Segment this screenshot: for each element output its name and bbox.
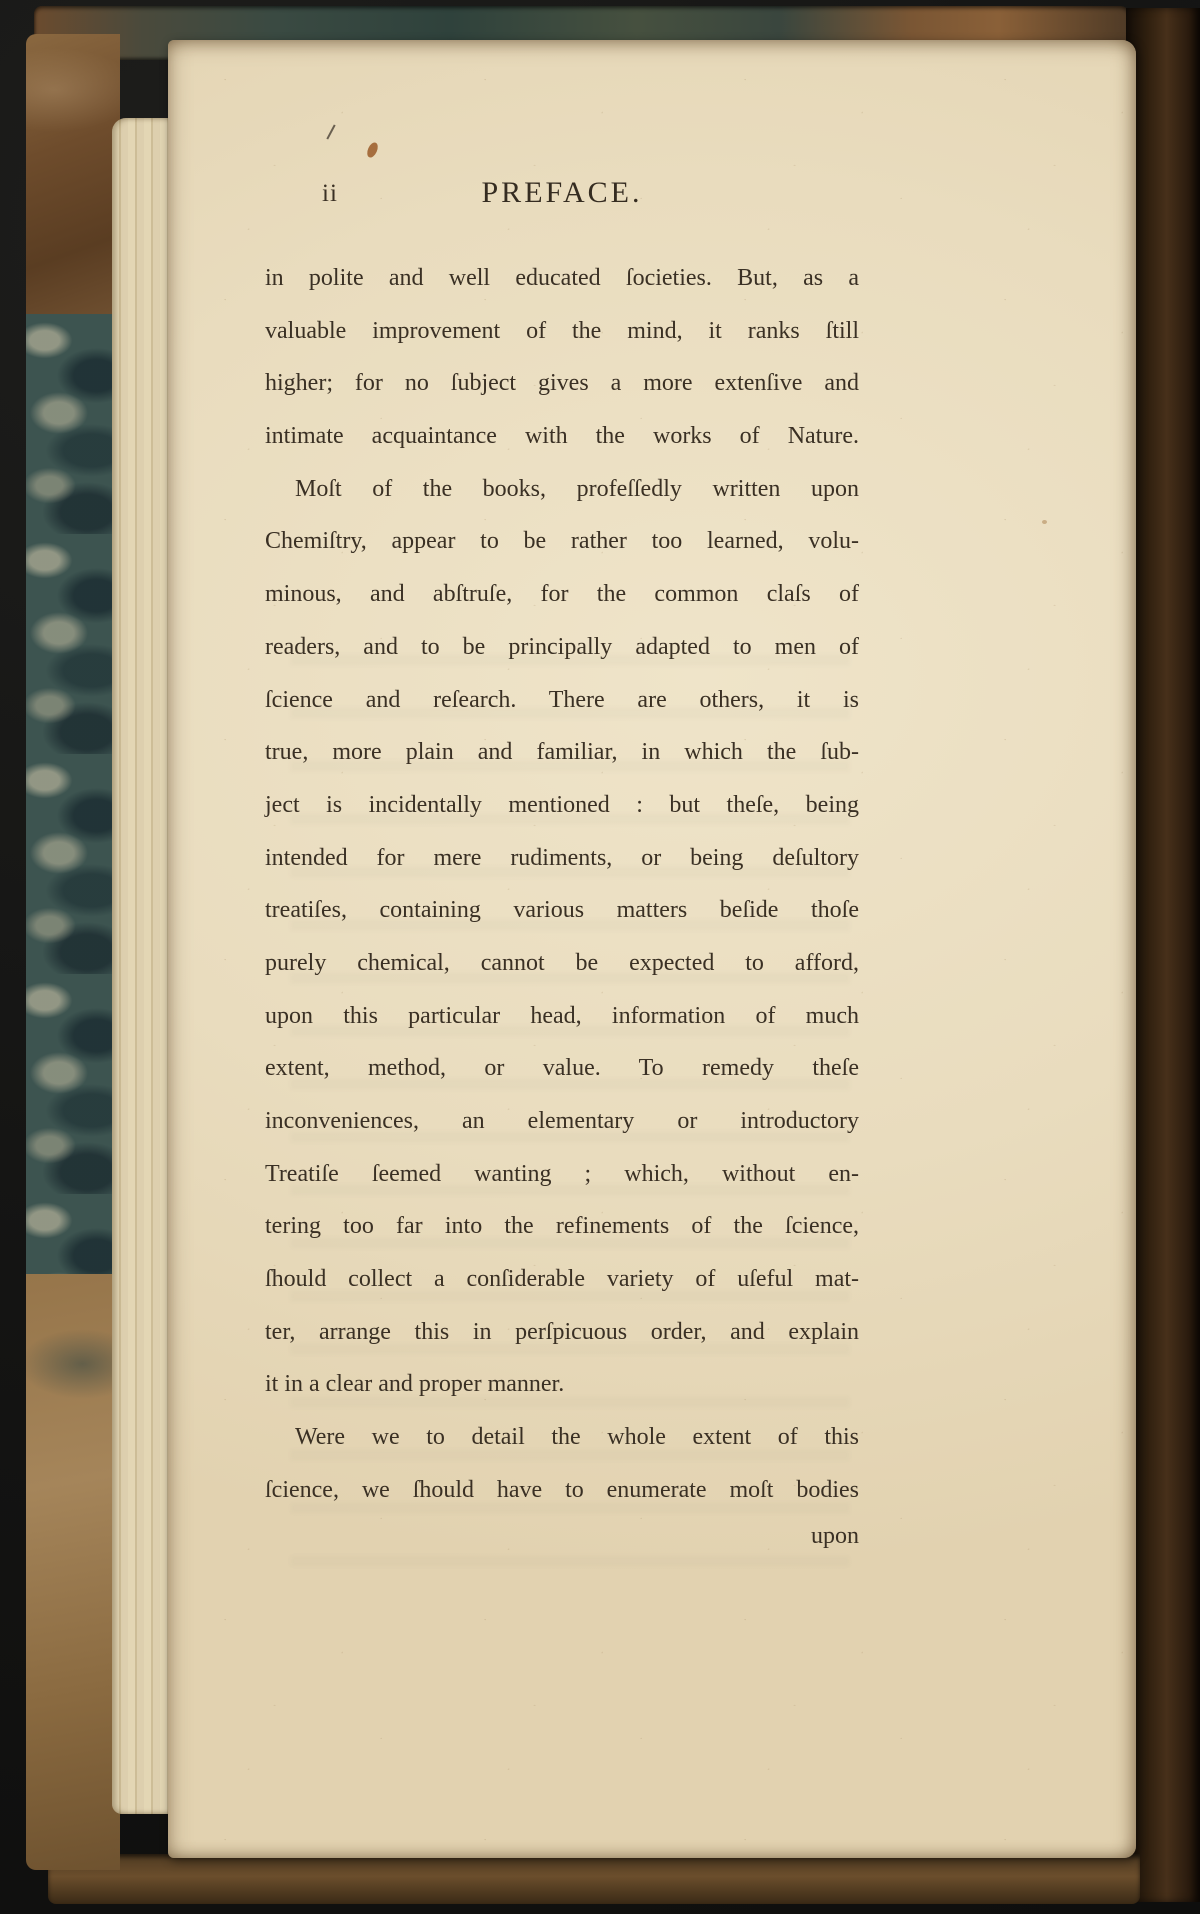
text-line: Chemiſtry, appear to be rather too learn… bbox=[265, 515, 859, 568]
text-line: in polite and well educated ſocieties. B… bbox=[265, 252, 859, 305]
text-line: minous, and abſtruſe, for the common cla… bbox=[265, 568, 859, 621]
text-line: true, more plain and familiar, in which … bbox=[265, 726, 859, 779]
text-line: ſcience and reſearch. There are others, … bbox=[265, 674, 859, 727]
text-line: tering too far into the refinements of t… bbox=[265, 1200, 859, 1253]
text-line: treatiſes, containing various matters be… bbox=[265, 884, 859, 937]
text-line: readers, and to be principally adapted t… bbox=[265, 621, 859, 674]
text-line: it in a clear and proper manner. bbox=[265, 1358, 859, 1411]
text-line: higher; for no ſubject gives a more exte… bbox=[265, 357, 859, 410]
text-line: Treatiſe ſeemed wanting ; which, without… bbox=[265, 1148, 859, 1201]
text-line: ſcience, we ſhould have to enumerate moſ… bbox=[265, 1464, 859, 1517]
book-scan: ii PREFACE. in polite and well educated … bbox=[0, 0, 1200, 1914]
text-line: extent, method, or value. To remedy theſ… bbox=[265, 1042, 859, 1095]
text-line: Were we to detail the whole extent of th… bbox=[265, 1411, 859, 1464]
body-text: in polite and well educated ſocieties. B… bbox=[265, 252, 859, 1517]
text-line: inconveniences, an elementary or introdu… bbox=[265, 1095, 859, 1148]
text-line: intended for mere rudiments, or being de… bbox=[265, 832, 859, 885]
printed-text-layer: ii PREFACE. in polite and well educated … bbox=[0, 0, 1200, 1914]
text-line: ter, arrange this in perſpicuous order, … bbox=[265, 1306, 859, 1359]
text-line: Moſt of the books, profeſſedly written u… bbox=[265, 463, 859, 516]
running-title: PREFACE. bbox=[265, 176, 859, 210]
text-line: purely chemical, cannot be expected to a… bbox=[265, 937, 859, 990]
text-line: intimate acquaintance with the works of … bbox=[265, 410, 859, 463]
text-line: upon this particular head, information o… bbox=[265, 990, 859, 1043]
text-line: ſhould collect a conſiderable variety of… bbox=[265, 1253, 859, 1306]
text-line: valuable improvement of the mind, it ran… bbox=[265, 305, 859, 358]
text-line: ject is incidentally mentioned : but the… bbox=[265, 779, 859, 832]
catchword: upon bbox=[265, 1510, 859, 1562]
